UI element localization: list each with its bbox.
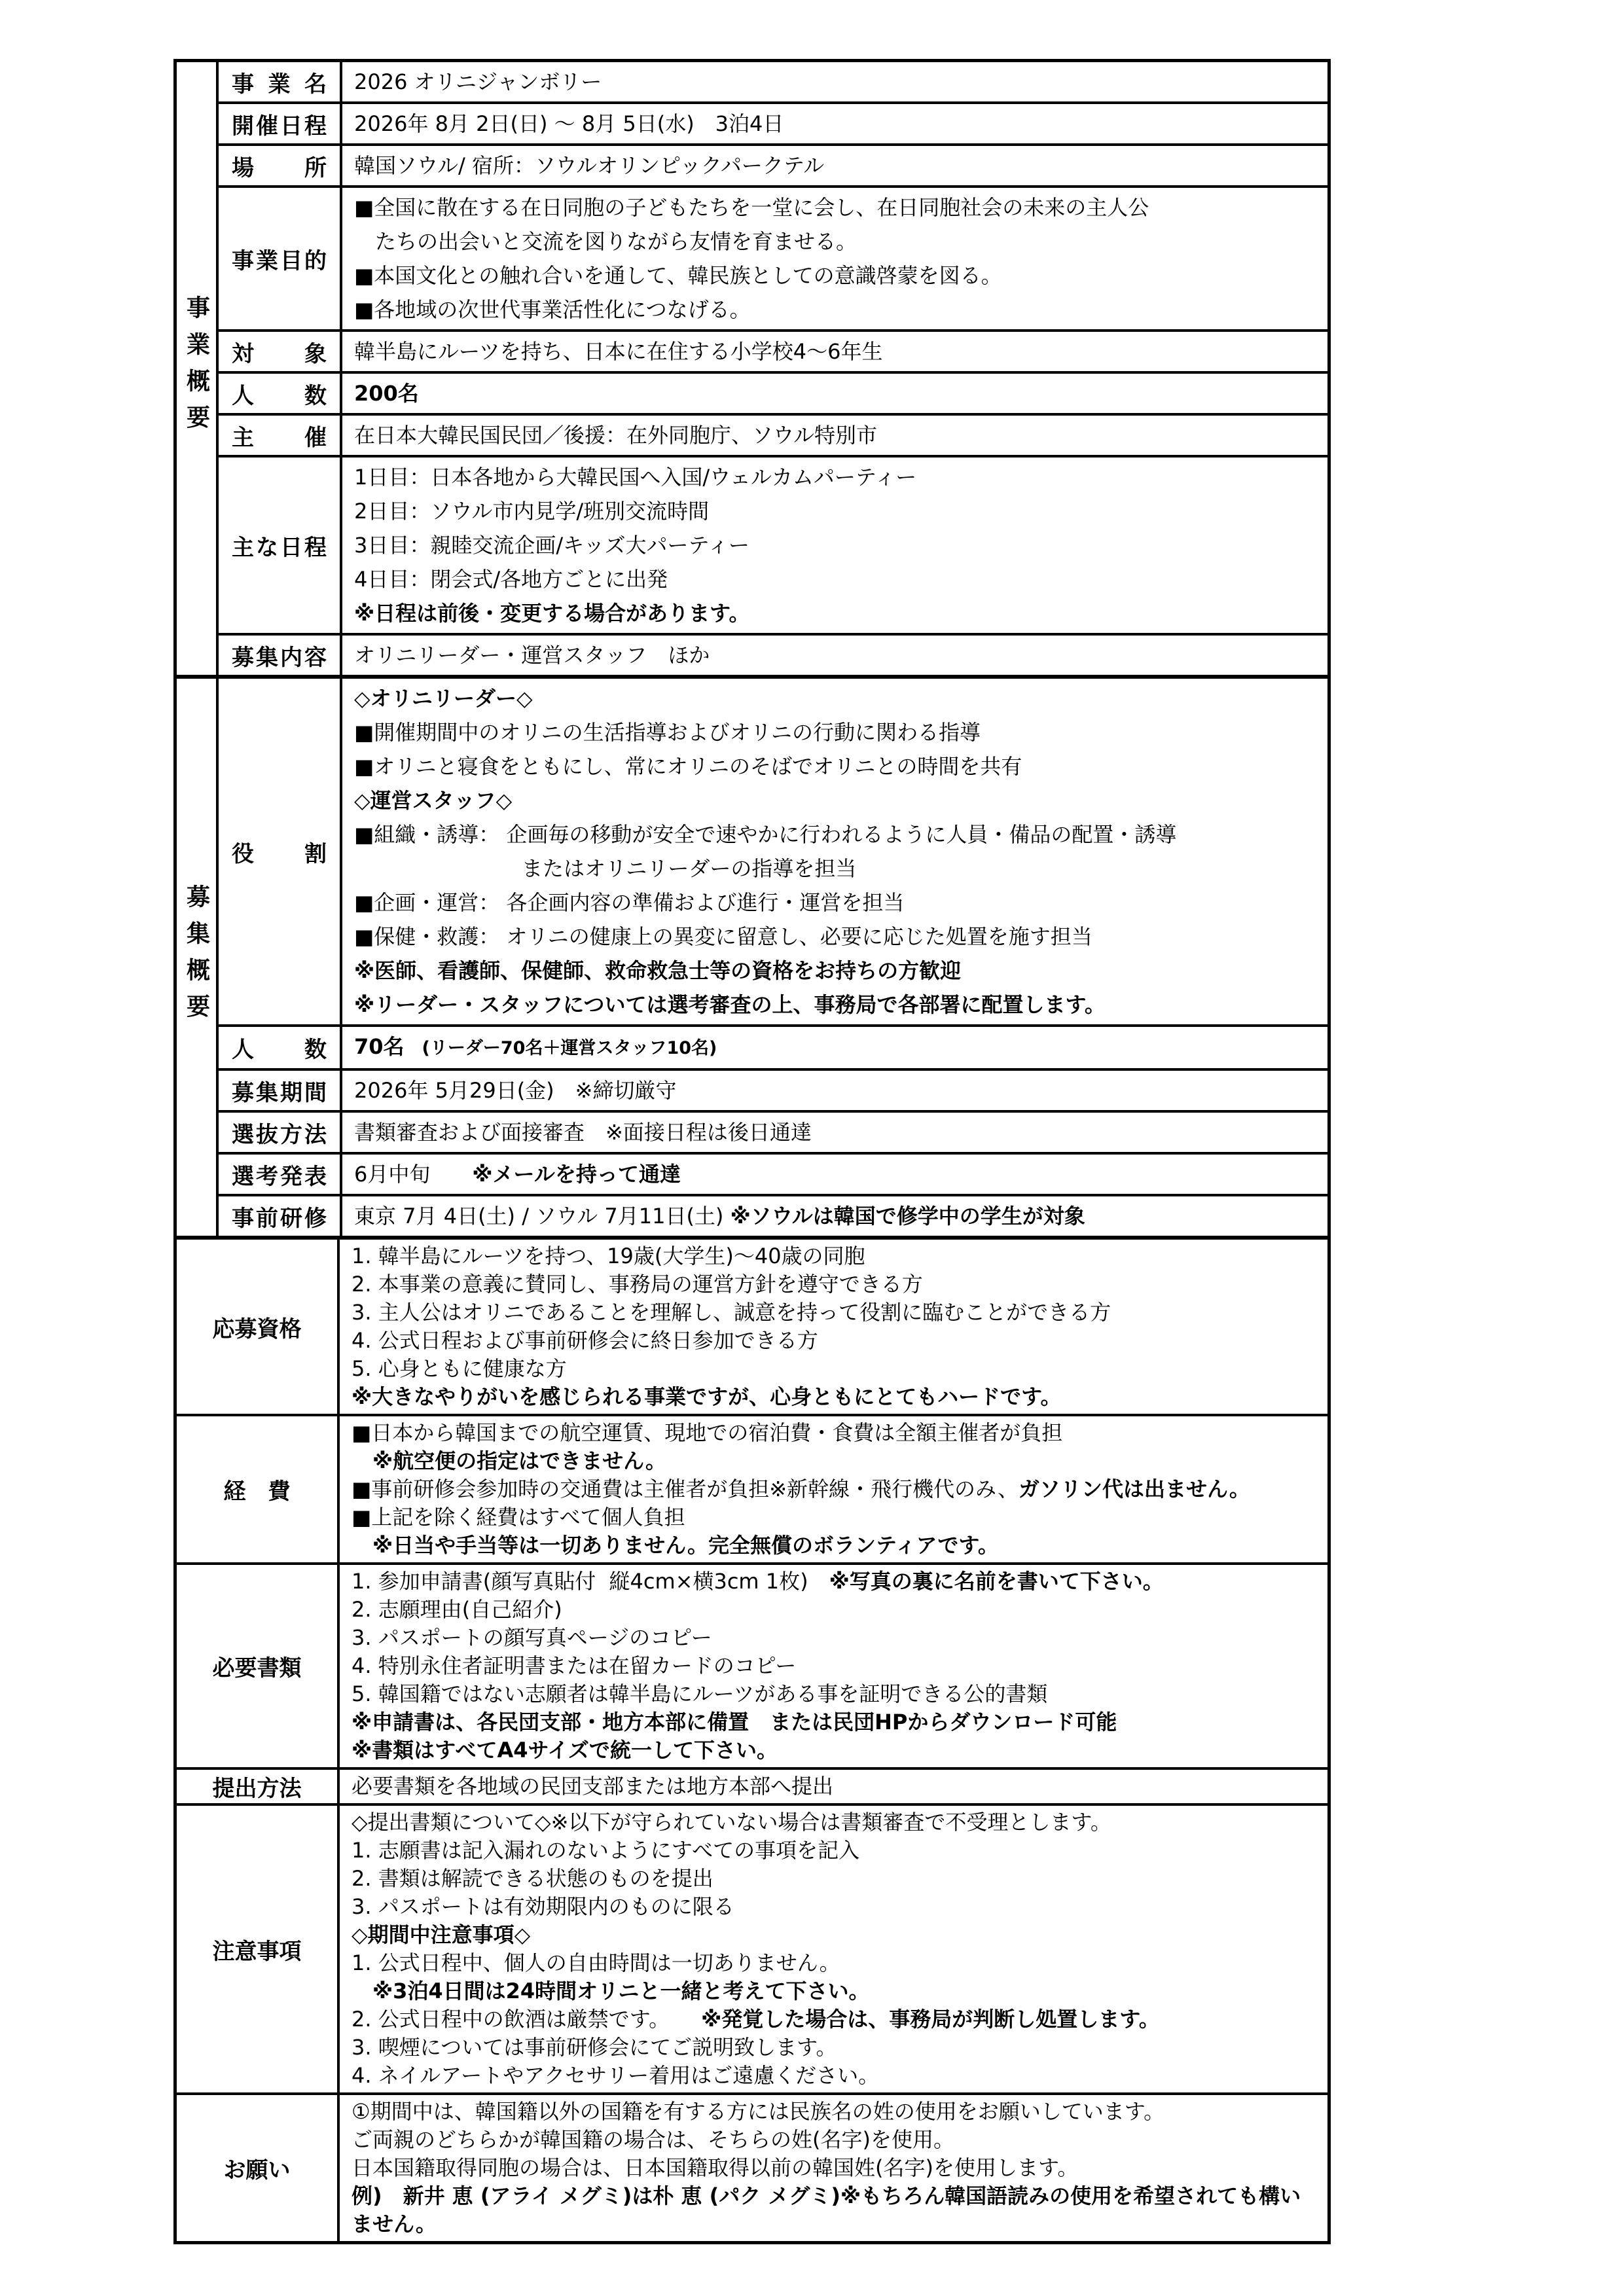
table-section: 募集概要役 割◇オリニリーダー◇■開催期間中のオリニの生活指導およびオリニの行動…	[177, 675, 1327, 1236]
table-section: 事業概要事業名2026 オリニジャンボリー開催日程2026年 8月 2日(日) …	[177, 62, 1327, 675]
text-run: ■事前研修会参加時の交通費は主催者が負担※新幹線・飛行機代のみ、	[352, 1477, 1019, 1501]
content-line: 200名	[354, 376, 1316, 410]
row-content-cell: ①期間中は、韓国籍以外の国籍を有する方には民族名の姓の使用をお願いしています。ご…	[340, 2095, 1327, 2241]
content-line: 2026 オリニジャンボリー	[354, 65, 1316, 99]
text-run: (リーダー70名＋運営スタッフ10名)	[405, 1038, 717, 1058]
row-label: 経 費	[177, 1473, 337, 1505]
content-line: 必要書類を各地域の民団支部または地方本部へ提出	[352, 1772, 1316, 1801]
content-line: オリニリーダー・運営スタッフ ほか	[354, 638, 1316, 672]
text-run: 在日本大韓民国民団／後援：在外同胞庁、ソウル特別市	[354, 423, 877, 448]
text-run: またはオリニリーダーの指導を担当	[354, 856, 856, 881]
content-line: 2026年 5月29日(金) ※締切厳守	[354, 1073, 1316, 1107]
content-line: ■全国に散在する在日同胞の子どもたちを一堂に会し、在日同胞社会の未来の主人公	[354, 190, 1316, 224]
row-label: 事前研修	[219, 1200, 340, 1232]
row-label: 主 催	[219, 420, 340, 452]
table-row: 必要書類1. 参加申請書(顔写真貼付 縦4cm×横3cm 1枚) ※写真の裏に名…	[177, 1562, 1327, 1767]
row-label: 事業目的	[219, 243, 340, 275]
text-run: 3. 喫煙については事前研修会にてご説明致します。	[352, 2035, 837, 2060]
row-label: 選抜方法	[219, 1117, 340, 1149]
row-label: 必要書類	[177, 1650, 337, 1682]
table-row: お願い①期間中は、韓国籍以外の国籍を有する方には民族名の姓の使用をお願いしていま…	[177, 2092, 1327, 2241]
content-line: 6月中旬 ※メールを持って通達	[354, 1157, 1316, 1191]
table-row: 経 費■日本から韓国までの航空運賃、現地での宿泊費・食費は全額主催者が負担 ※航…	[177, 1414, 1327, 1562]
row-label: 対 象	[219, 336, 340, 368]
text-run: ※3泊4日間は24時間オリニと一緒と考えて下さい。	[352, 1979, 870, 2003]
row-content-cell: 2026年 8月 2日(日) ～ 8月 5日(水) 3泊4日	[342, 104, 1327, 143]
text-run: ■本国文化との触れ合いを通して、韓民族としての意識啓蒙を図る。	[354, 263, 1002, 288]
content-line: ※書類はすべてA4サイズで統一して下さい。	[352, 1736, 1316, 1765]
row-content-cell: 在日本大韓民国民団／後援：在外同胞庁、ソウル特別市	[342, 416, 1327, 455]
text-run: ※日程は前後・変更する場合があります。	[354, 601, 750, 626]
text-run: ※メールを持って通達	[472, 1162, 680, 1187]
row-label: 主な日程	[219, 529, 340, 562]
text-run: 書類審査および面接審査 ※面接日程は後日通達	[354, 1120, 812, 1145]
row-label-cell: 主な日程	[219, 457, 342, 633]
text-run: ※リーダー・スタッフについては選考審査の上、事務局で各部署に配置します。	[354, 992, 1106, 1017]
row-label-cell: 注意事項	[177, 1806, 340, 2092]
text-run: 5. 心身ともに健康な方	[352, 1356, 567, 1381]
content-line: ■組織・誘導： 企画毎の移動が安全で速やかに行われるように人員・備品の配置・誘導	[354, 817, 1316, 852]
row-label-cell: 募集内容	[219, 636, 342, 675]
row-label-cell: 募集期間	[219, 1071, 342, 1110]
text-run: ※発覚した場合は、事務局が判断し処置します。	[701, 2007, 1160, 2032]
content-line: ※リーダー・スタッフについては選考審査の上、事務局で各部署に配置します。	[354, 988, 1316, 1022]
section-rows: 役 割◇オリニリーダー◇■開催期間中のオリニの生活指導およびオリニの行動に関わる…	[219, 679, 1327, 1236]
content-line: またはオリニリーダーの指導を担当	[354, 852, 1316, 886]
text-run: 4. 公式日程および事前研修会に終日参加できる方	[352, 1328, 818, 1353]
content-line: 1. 公式日程中、個人の自由時間は一切ありません。	[352, 1949, 1316, 1977]
text-run: 3. 主人公はオリニであることを理解し、誠意を持って役割に臨むことができる方	[352, 1300, 1111, 1325]
content-line: 4. 特別永住者証明書または在留カードのコピー	[352, 1652, 1316, 1680]
content-line: ◇オリニリーダー◇	[354, 681, 1316, 715]
table-row: 人 数70名 (リーダー70名＋運営スタッフ10名)	[219, 1024, 1327, 1068]
text-run: ◇期間中注意事項◇	[352, 1922, 530, 1947]
text-run: 日本国籍取得同胞の場合は、日本国籍取得以前の韓国姓(名字)を使用します。	[352, 2155, 1078, 2180]
content-line: ◇期間中注意事項◇	[352, 1921, 1316, 1949]
content-line: 韓半島にルーツを持ち、日本に在住する小学校4～6年生	[354, 334, 1316, 368]
text-run: 5. 韓国籍ではない志願者は韓半島にルーツがある事を証明できる公的書類	[352, 1681, 1047, 1706]
content-line: ◇運営スタッフ◇	[354, 783, 1316, 817]
row-content-cell: 200名	[342, 374, 1327, 413]
row-label-cell: 対 象	[219, 332, 342, 371]
table-row: 事業名2026 オリニジャンボリー	[219, 62, 1327, 101]
row-label-cell: 事業名	[219, 62, 342, 101]
row-label: お願い	[177, 2152, 337, 2184]
text-run: 必要書類を各地域の民団支部または地方本部へ提出	[352, 1774, 833, 1799]
row-label: 役 割	[219, 836, 340, 868]
row-label: 応募資格	[177, 1311, 337, 1343]
content-line: 4. 公式日程および事前研修会に終日参加できる方	[352, 1327, 1316, 1355]
table-row: 場 所韓国ソウル/ 宿所：ソウルオリンピックパークテル	[219, 143, 1327, 185]
row-content-cell: 2026年 5月29日(金) ※締切厳守	[342, 1071, 1327, 1110]
content-line: 書類審査および面接審査 ※面接日程は後日通達	[354, 1115, 1316, 1149]
text-run: 4日目：閉会式/各地方ごとに出発	[354, 567, 668, 592]
table-row: 主な日程1日目：日本各地から大韓民国へ入国/ウェルカムパーティー2日目：ソウル市…	[219, 455, 1327, 633]
text-run: 3. パスポートの顔写真ページのコピー	[352, 1625, 712, 1650]
row-label: 場 所	[219, 150, 340, 182]
text-run: 70名	[354, 1034, 405, 1059]
text-run: 2日目：ソウル市内見学/班別交流時間	[354, 499, 709, 524]
content-line: 2. 書類は解読できる状態のものを提出	[352, 1865, 1316, 1893]
row-label: 開催日程	[219, 108, 340, 140]
text-run: 1. 志願書は記入漏れのないようにすべての事項を記入	[352, 1838, 859, 1863]
row-content-cell: 韓国ソウル/ 宿所：ソウルオリンピックパークテル	[342, 146, 1327, 185]
text-run: ■日本から韓国までの航空運賃、現地での宿泊費・食費は全額主催者が負担	[352, 1420, 1062, 1445]
row-content-cell: 東京 7月 4日(土) / ソウル 7月11日(土) ※ソウルは韓国で修学中の学…	[342, 1196, 1327, 1236]
text-run: ①期間中は、韓国籍以外の国籍を有する方には民族名の姓の使用をお願いしています。	[352, 2099, 1164, 2124]
row-content-cell: 必要書類を各地域の民団支部または地方本部へ提出	[340, 1770, 1327, 1803]
text-run: ■上記を除く経費はすべて個人負担	[352, 1505, 685, 1530]
text-run: 2. 公式日程中の飲酒は厳禁です。	[352, 2007, 701, 2032]
content-line: 70名 (リーダー70名＋運営スタッフ10名)	[354, 1030, 1316, 1066]
text-run: ※日当や手当等は一切ありません。完全無償のボランティアです。	[352, 1533, 999, 1558]
group-label: 募集概要	[177, 679, 219, 1236]
row-label: 提出方法	[177, 1770, 337, 1803]
text-run: 1日目：日本各地から大韓民国へ入国/ウェルカムパーティー	[354, 465, 916, 490]
row-label: 人 数	[219, 1031, 340, 1064]
table-row: 役 割◇オリニリーダー◇■開催期間中のオリニの生活指導およびオリニの行動に関わる…	[219, 679, 1327, 1024]
content-line: ※大きなやりがいを感じられる事業ですが、心身ともにとてもハードです。	[352, 1383, 1316, 1411]
text-run: ご両親のどちらかが韓国籍の場合は、そちらの姓(名字)を使用。	[352, 2127, 954, 2152]
content-line: 3日目：親睦交流企画/キッズ大パーティー	[354, 528, 1316, 562]
table-row: 募集内容オリニリーダー・運営スタッフ ほか	[219, 633, 1327, 675]
text-run: 韓国ソウル/ 宿所：ソウルオリンピックパークテル	[354, 153, 824, 178]
content-line: ◇提出書類について◇※以下が守られていない場合は書類審査で不受理とします。	[352, 1808, 1316, 1837]
content-line: 5. 韓国籍ではない志願者は韓半島にルーツがある事を証明できる公的書類	[352, 1680, 1316, 1708]
text-run: ※大きなやりがいを感じられる事業ですが、心身ともにとてもハードです。	[352, 1384, 1062, 1409]
table-row: 人 数200名	[219, 371, 1327, 413]
content-line: ※日程は前後・変更する場合があります。	[354, 596, 1316, 630]
row-content-cell: ◇オリニリーダー◇■開催期間中のオリニの生活指導およびオリニの行動に関わる指導■…	[342, 679, 1327, 1024]
table-row: 提出方法必要書類を各地域の民団支部または地方本部へ提出	[177, 1767, 1327, 1803]
content-line: ■開催期間中のオリニの生活指導およびオリニの行動に関わる指導	[354, 715, 1316, 749]
text-run: 2. 本事業の意義に賛同し、事務局の運営方針を遵守できる方	[352, 1272, 923, 1297]
content-line: 1. 韓半島にルーツを持つ、19歳(大学生)～40歳の同胞	[352, 1242, 1316, 1270]
row-content-cell: オリニリーダー・運営スタッフ ほか	[342, 636, 1327, 675]
text-run: 2026年 5月29日(金) ※締切厳守	[354, 1078, 676, 1103]
row-content-cell: 2026 オリニジャンボリー	[342, 62, 1327, 101]
row-content-cell: 書類審査および面接審査 ※面接日程は後日通達	[342, 1113, 1327, 1152]
content-line: ※3泊4日間は24時間オリニと一緒と考えて下さい。	[352, 1977, 1316, 2005]
row-label-cell: 場 所	[219, 146, 342, 185]
text-run: 1. 韓半島にルーツを持つ、19歳(大学生)～40歳の同胞	[352, 1244, 865, 1268]
row-content-cell: 1. 韓半島にルーツを持つ、19歳(大学生)～40歳の同胞2. 本事業の意義に賛…	[340, 1240, 1327, 1414]
text-run: 東京 7月 4日(土) / ソウル 7月11日(土)	[354, 1204, 731, 1229]
content-line: ■保健・救護： オリニの健康上の異変に留意し、必要に応じた処置を施す担当	[354, 920, 1316, 954]
content-line: ■各地域の次世代事業活性化につなげる。	[354, 293, 1316, 327]
text-run: 200名	[354, 381, 419, 406]
row-label: 募集期間	[219, 1075, 340, 1107]
row-label-cell: 選考発表	[219, 1155, 342, 1194]
table-row: 募集期間2026年 5月29日(金) ※締切厳守	[219, 1068, 1327, 1110]
content-line: 5. 心身ともに健康な方	[352, 1355, 1316, 1383]
content-line: 3. パスポートの顔写真ページのコピー	[352, 1624, 1316, 1652]
content-line: ※日当や手当等は一切ありません。完全無償のボランティアです。	[352, 1532, 1316, 1560]
content-line: 2. 志願理由(自己紹介)	[352, 1596, 1316, 1624]
content-line: 在日本大韓民国民団／後援：在外同胞庁、ソウル特別市	[354, 418, 1316, 452]
text-run: 3日目：親睦交流企画/キッズ大パーティー	[354, 533, 749, 558]
table-section: 応募資格1. 韓半島にルーツを持つ、19歳(大学生)～40歳の同胞2. 本事業の…	[177, 1236, 1327, 2241]
row-content-cell: 1日目：日本各地から大韓民国へ入国/ウェルカムパーティー2日目：ソウル市内見学/…	[342, 457, 1327, 633]
text-run: ※ソウルは韓国で修学中の学生が対象	[731, 1204, 1085, 1229]
content-line: ■本国文化との触れ合いを通して、韓民族としての意識啓蒙を図る。	[354, 259, 1316, 293]
content-line: たちの出会いと交流を図りながら友情を育ませる。	[354, 224, 1316, 259]
text-run: ※写真の裏に名前を書いて下さい。	[829, 1569, 1164, 1594]
content-line: 4. ネイルアートやアクセサリー着用はご遠慮ください。	[352, 2062, 1316, 2090]
row-content-cell: 6月中旬 ※メールを持って通達	[342, 1155, 1327, 1194]
row-label-cell: 経 費	[177, 1416, 340, 1562]
text-run: ガソリン代は出ません。	[1019, 1477, 1250, 1501]
content-line: ■日本から韓国までの航空運賃、現地での宿泊費・食費は全額主催者が負担	[352, 1419, 1316, 1447]
text-run: 4. ネイルアートやアクセサリー着用はご遠慮ください。	[352, 2063, 879, 2088]
row-content-cell: 70名 (リーダー70名＋運営スタッフ10名)	[342, 1027, 1327, 1068]
text-run: ■各地域の次世代事業活性化につなげる。	[354, 297, 751, 322]
row-label-cell: 提出方法	[177, 1770, 340, 1803]
content-line: ※医師、看護師、保健師、救命救急士等の資格をお持ちの方歓迎	[354, 954, 1316, 988]
text-run: ■企画・運営： 各企画内容の準備および進行・運営を担当	[354, 890, 904, 915]
content-line: 2日目：ソウル市内見学/班別交流時間	[354, 494, 1316, 528]
content-line: ■企画・運営： 各企画内容の準備および進行・運営を担当	[354, 886, 1316, 920]
content-line: 日本国籍取得同胞の場合は、日本国籍取得以前の韓国姓(名字)を使用します。	[352, 2154, 1316, 2182]
content-line: 例) 新井 恵 (アライ メグミ)は朴 恵 (パク メグミ)※もちろん韓国語読み…	[352, 2182, 1316, 2238]
text-run: 1. 公式日程中、個人の自由時間は一切ありません。	[352, 1950, 840, 1975]
text-run: ◇オリニリーダー◇	[354, 686, 533, 711]
row-label: 事業名	[219, 66, 340, 98]
content-line: ※申請書は、各民団支部・地方本部に備置 または民団HPからダウンロード可能	[352, 1708, 1316, 1736]
row-label-cell: 開催日程	[219, 104, 342, 143]
section-rows: 事業名2026 オリニジャンボリー開催日程2026年 8月 2日(日) ～ 8月…	[219, 62, 1327, 675]
row-label-cell: 事業目的	[219, 188, 342, 329]
row-label-cell: 事前研修	[219, 1196, 342, 1236]
text-run: 3. パスポートは有効期限内のものに限る	[352, 1894, 734, 1919]
content-line: ■事前研修会参加時の交通費は主催者が負担※新幹線・飛行機代のみ、ガソリン代は出ま…	[352, 1475, 1316, 1503]
text-run: ■全国に散在する在日同胞の子どもたちを一堂に会し、在日同胞社会の未来の主人公	[354, 195, 1149, 220]
text-run: 2. 書類は解読できる状態のものを提出	[352, 1866, 713, 1891]
text-run: 2026年 8月 2日(日) ～ 8月 5日(水) 3泊4日	[354, 111, 784, 136]
text-run: ◇提出書類について◇※以下が守られていない場合は書類審査で不受理とします。	[352, 1810, 1111, 1835]
text-run: ※航空便の指定はできません。	[352, 1448, 666, 1473]
table-row: 事業目的■全国に散在する在日同胞の子どもたちを一堂に会し、在日同胞社会の未来の主…	[219, 185, 1327, 329]
content-line: ①期間中は、韓国籍以外の国籍を有する方には民族名の姓の使用をお願いしています。	[352, 2098, 1316, 2126]
content-line: 2026年 8月 2日(日) ～ 8月 5日(水) 3泊4日	[354, 107, 1316, 141]
section-rows: 応募資格1. 韓半島にルーツを持つ、19歳(大学生)～40歳の同胞2. 本事業の…	[177, 1240, 1327, 2241]
text-run: 1. 参加申請書(顔写真貼付 縦4cm×横3cm 1枚)	[352, 1569, 829, 1594]
content-line: ■オリニと寝食をともにし、常にオリニのそばでオリニとの時間を共有	[354, 749, 1316, 783]
content-line: 2. 公式日程中の飲酒は厳禁です。 ※発覚した場合は、事務局が判断し処置します。	[352, 2005, 1316, 2034]
content-line: 東京 7月 4日(土) / ソウル 7月11日(土) ※ソウルは韓国で修学中の学…	[354, 1199, 1316, 1233]
row-label-cell: お願い	[177, 2095, 340, 2241]
table-row: 開催日程2026年 8月 2日(日) ～ 8月 5日(水) 3泊4日	[219, 101, 1327, 143]
content-line: 3. 主人公はオリニであることを理解し、誠意を持って役割に臨むことができる方	[352, 1299, 1316, 1327]
table-row: 選抜方法書類審査および面接審査 ※面接日程は後日通達	[219, 1110, 1327, 1152]
document-page: 事業概要事業名2026 オリニジャンボリー開催日程2026年 8月 2日(日) …	[0, 0, 1624, 2296]
text-run: 韓半島にルーツを持ち、日本に在住する小学校4～6年生	[354, 339, 882, 364]
text-run: ※申請書は、各民団支部・地方本部に備置 または民団HPからダウンロード可能	[352, 1710, 1117, 1734]
text-run: ■オリニと寝食をともにし、常にオリニのそばでオリニとの時間を共有	[354, 754, 1022, 779]
content-line: ※航空便の指定はできません。	[352, 1447, 1316, 1475]
content-line: 3. パスポートは有効期限内のものに限る	[352, 1893, 1316, 1921]
table-row: 対 象韓半島にルーツを持ち、日本に在住する小学校4～6年生	[219, 329, 1327, 371]
row-content-cell: ■日本から韓国までの航空運賃、現地での宿泊費・食費は全額主催者が負担 ※航空便の…	[340, 1416, 1327, 1562]
table-row: 主 催在日本大韓民国民団／後援：在外同胞庁、ソウル特別市	[219, 413, 1327, 455]
text-run: ※書類はすべてA4サイズで統一して下さい。	[352, 1738, 778, 1763]
content-line: 4日目：閉会式/各地方ごとに出発	[354, 562, 1316, 596]
content-line: ■上記を除く経費はすべて個人負担	[352, 1503, 1316, 1532]
text-run: たちの出会いと交流を図りながら友情を育ませる。	[354, 229, 857, 254]
table-row: 応募資格1. 韓半島にルーツを持つ、19歳(大学生)～40歳の同胞2. 本事業の…	[177, 1240, 1327, 1414]
table-row: 選考発表6月中旬 ※メールを持って通達	[219, 1152, 1327, 1194]
row-label-cell: 必要書類	[177, 1565, 340, 1767]
row-label-cell: 選抜方法	[219, 1113, 342, 1152]
text-run: 6月中旬	[354, 1162, 472, 1187]
row-label-cell: 人 数	[219, 1027, 342, 1068]
text-run: ※医師、看護師、保健師、救命救急士等の資格をお持ちの方歓迎	[354, 958, 961, 983]
content-line: 3. 喫煙については事前研修会にてご説明致します。	[352, 2034, 1316, 2062]
row-label-cell: 主 催	[219, 416, 342, 455]
row-content-cell: 1. 参加申請書(顔写真貼付 縦4cm×横3cm 1枚) ※写真の裏に名前を書い…	[340, 1565, 1327, 1767]
text-run: ■組織・誘導： 企画毎の移動が安全で速やかに行われるように人員・備品の配置・誘導	[354, 822, 1176, 847]
content-line: 1日目：日本各地から大韓民国へ入国/ウェルカムパーティー	[354, 460, 1316, 494]
text-run: ◇運営スタッフ◇	[354, 788, 512, 813]
text-run: 4. 特別永住者証明書または在留カードのコピー	[352, 1653, 796, 1678]
row-label: 人 数	[219, 378, 340, 410]
text-run: ■開催期間中のオリニの生活指導およびオリニの行動に関わる指導	[354, 720, 981, 745]
row-label-cell: 役 割	[219, 679, 342, 1024]
row-content-cell: ■全国に散在する在日同胞の子どもたちを一堂に会し、在日同胞社会の未来の主人公 た…	[342, 188, 1327, 329]
content-line: 1. 志願書は記入漏れのないようにすべての事項を記入	[352, 1837, 1316, 1865]
row-label: 募集内容	[219, 639, 340, 672]
content-line: 韓国ソウル/ 宿所：ソウルオリンピックパークテル	[354, 149, 1316, 183]
row-content-cell: 韓半島にルーツを持ち、日本に在住する小学校4～6年生	[342, 332, 1327, 371]
recruitment-table: 事業概要事業名2026 オリニジャンボリー開催日程2026年 8月 2日(日) …	[173, 59, 1331, 2244]
table-row: 注意事項◇提出書類について◇※以下が守られていない場合は書類審査で不受理とします…	[177, 1803, 1327, 2092]
text-run: ■保健・救護： オリニの健康上の異変に留意し、必要に応じた処置を施す担当	[354, 924, 1092, 949]
row-content-cell: ◇提出書類について◇※以下が守られていない場合は書類審査で不受理とします。1. …	[340, 1806, 1327, 2092]
group-label: 事業概要	[177, 62, 219, 675]
text-run: オリニリーダー・運営スタッフ ほか	[354, 643, 710, 668]
content-line: 2. 本事業の意義に賛同し、事務局の運営方針を遵守できる方	[352, 1270, 1316, 1299]
table-row: 事前研修東京 7月 4日(土) / ソウル 7月11日(土) ※ソウルは韓国で修…	[219, 1194, 1327, 1236]
row-label: 注意事項	[177, 1933, 337, 1965]
text-run: 2. 志願理由(自己紹介)	[352, 1597, 562, 1622]
row-label-cell: 人 数	[219, 374, 342, 413]
text-run: 例) 新井 恵 (アライ メグミ)は朴 恵 (パク メグミ)※もちろん韓国語読み…	[352, 2183, 1301, 2236]
text-run: 2026 オリニジャンボリー	[354, 69, 602, 94]
row-label-cell: 応募資格	[177, 1240, 340, 1414]
content-line: ご両親のどちらかが韓国籍の場合は、そちらの姓(名字)を使用。	[352, 2126, 1316, 2154]
content-line: 1. 参加申請書(顔写真貼付 縦4cm×横3cm 1枚) ※写真の裏に名前を書い…	[352, 1568, 1316, 1596]
row-label: 選考発表	[219, 1158, 340, 1191]
